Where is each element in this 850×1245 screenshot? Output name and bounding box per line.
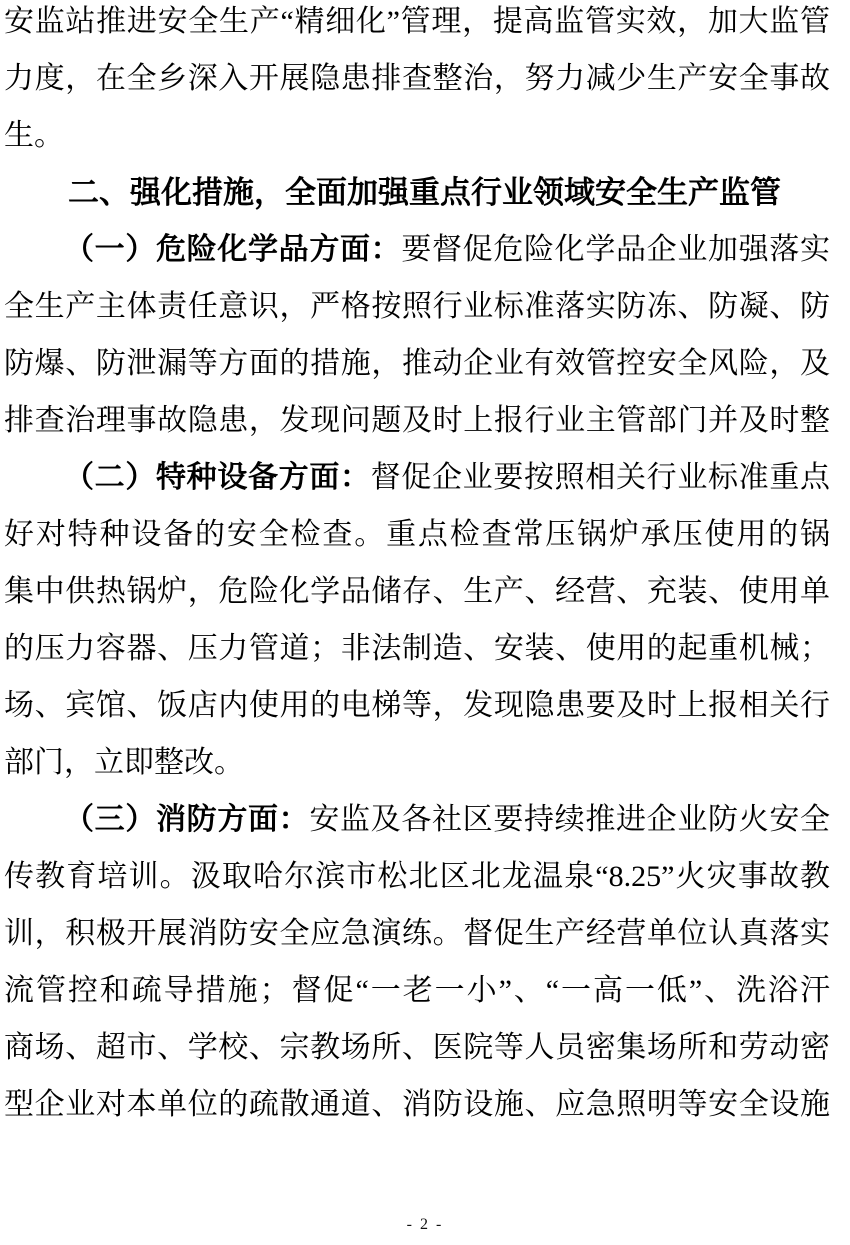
document-body: 安监站推进安全生产“精细化”管理，提高监管实效，加大监管 力度，在全乡深入开展隐…: [4, 0, 830, 1133]
body-line: 部门，立即整改。: [4, 734, 830, 791]
body-line: 力度，在全乡深入开展隐患排查整治，努力减少生产安全事故发: [4, 50, 830, 107]
document-page: 安监站推进安全生产“精细化”管理，提高监管实效，加大监管 力度，在全乡深入开展隐…: [0, 0, 850, 1245]
page-footer: - 2 -: [0, 1210, 850, 1240]
body-line: 的压力容器、压力管道；非法制造、安装、使用的起重机械；商: [4, 620, 830, 677]
body-line: 商场、超市、学校、宗教场所、医院等人员密集场所和劳动密集: [4, 1019, 830, 1076]
paragraph-lead: （二）特种设备方面：: [64, 461, 371, 494]
paragraph-first-line: （一）危险化学品方面：要督促危险化学品企业加强落实安: [4, 221, 830, 278]
body-line: 型企业对本单位的疏散通道、消防设施、应急照明等安全设施进: [4, 1076, 830, 1133]
body-line: 防爆、防泄漏等方面的措施，推动企业有效管控安全风险，及时: [4, 335, 830, 392]
body-line: 场、宾馆、饭店内使用的电梯等，发现隐患要及时上报相关行业: [4, 677, 830, 734]
body-line: 传教育培训。汲取哈尔滨市松北区北龙温泉“8.25”火灾事故教: [4, 848, 830, 905]
paragraph-first-line: （三）消防方面：安监及各社区要持续推进企业防火安全宣: [4, 791, 830, 848]
body-line: 全生产主体责任意识，严格按照行业标准落实防冻、防凝、防火、: [4, 278, 830, 335]
paragraph-lead: （三）消防方面：: [64, 803, 309, 836]
body-line: 安监站推进安全生产“精细化”管理，提高监管实效，加大监管: [4, 0, 830, 50]
section-heading: 二、强化措施，全面加强重点行业领域安全生产监管: [4, 164, 830, 221]
body-line: 排查治理事故隐患，发现问题及时上报行业主管部门并及时整改。: [4, 392, 830, 449]
body-line: 好对特种设备的安全检查。重点检查常压锅炉承压使用的锅炉、: [4, 506, 830, 563]
paragraph-first-line: （二）特种设备方面：督促企业要按照相关行业标准重点抓: [4, 449, 830, 506]
body-line: 生。: [4, 107, 830, 164]
body-line: 训，积极开展消防安全应急演练。督促生产经营单位认真落实人: [4, 905, 830, 962]
body-line: 集中供热锅炉，危险化学品储存、生产、经营、充装、使用单位: [4, 563, 830, 620]
body-line: 流管控和疏导措施；督促“一老一小”、“一高一低”、洗浴汗蒸、: [4, 962, 830, 1019]
paragraph-lead: （一）危险化学品方面：: [64, 233, 401, 266]
page-number: - 2 -: [407, 1216, 444, 1233]
